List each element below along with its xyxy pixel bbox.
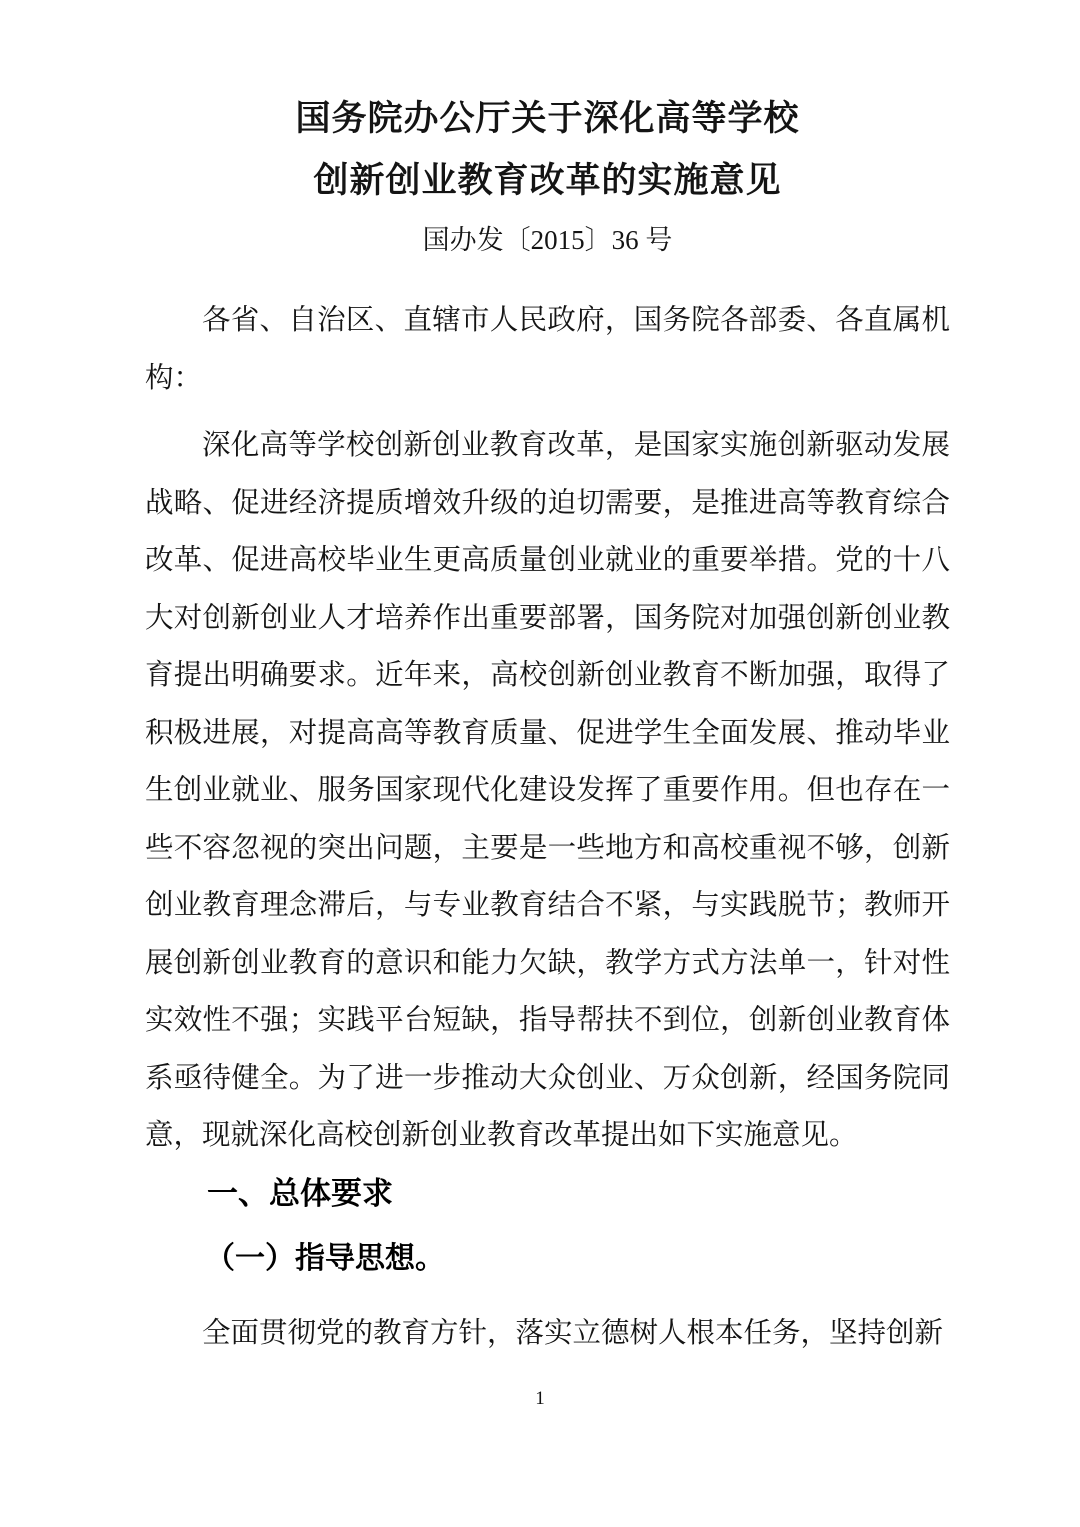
document-title: 国务院办公厅关于深化高等学校 创新创业教育改革的实施意见 [145,88,950,212]
page-number: 1 [0,1388,1080,1410]
document-number: 国办发〔2015〕36 号 [145,218,950,262]
salutation-paragraph: 各省、自治区、直辖市人民政府，国务院各部委、各直属机构： [145,292,950,407]
document-page: 国务院办公厅关于深化高等学校 创新创业教育改革的实施意见 国办发〔2015〕36… [0,0,1080,1527]
section-heading-overall-requirements: 一、总体要求 [145,1165,950,1222]
document-title-line1: 国务院办公厅关于深化高等学校 [145,88,950,150]
guiding-paragraph: 全面贯彻党的教育方针，落实立德树人根本任务，坚持创新 [145,1305,950,1363]
sub-heading-guiding-ideology: （一）指导思想。 [145,1230,950,1287]
intro-paragraph: 深化高等学校创新创业教育改革，是国家实施创新驱动发展战略、促进经济提质增效升级的… [145,417,950,1165]
document-title-line2: 创新创业教育改革的实施意见 [145,150,950,212]
